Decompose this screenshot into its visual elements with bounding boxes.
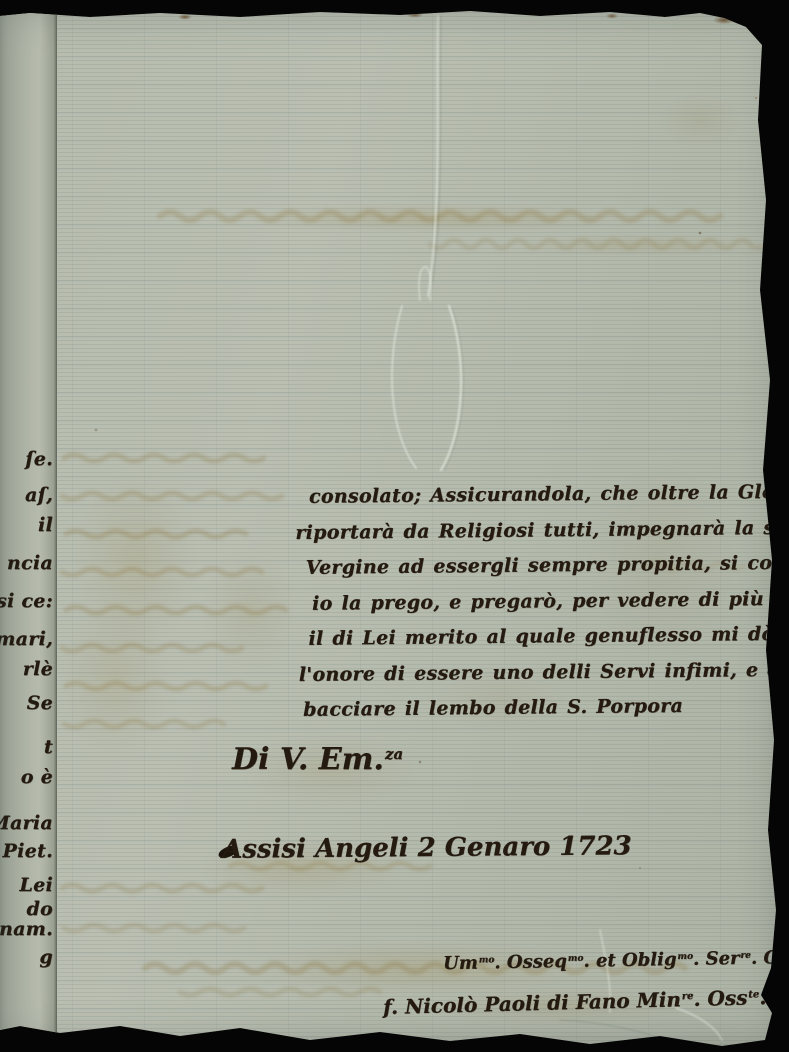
scan-vignette <box>0 0 789 1052</box>
manuscript-letter-scan: ſe.aſ,ilnciasi ce:mari,rlèSeto èMarial P… <box>0 0 789 1052</box>
letter-page: ſe.aſ,ilnciasi ce:mari,rlèSeto èMarial P… <box>0 0 789 1052</box>
